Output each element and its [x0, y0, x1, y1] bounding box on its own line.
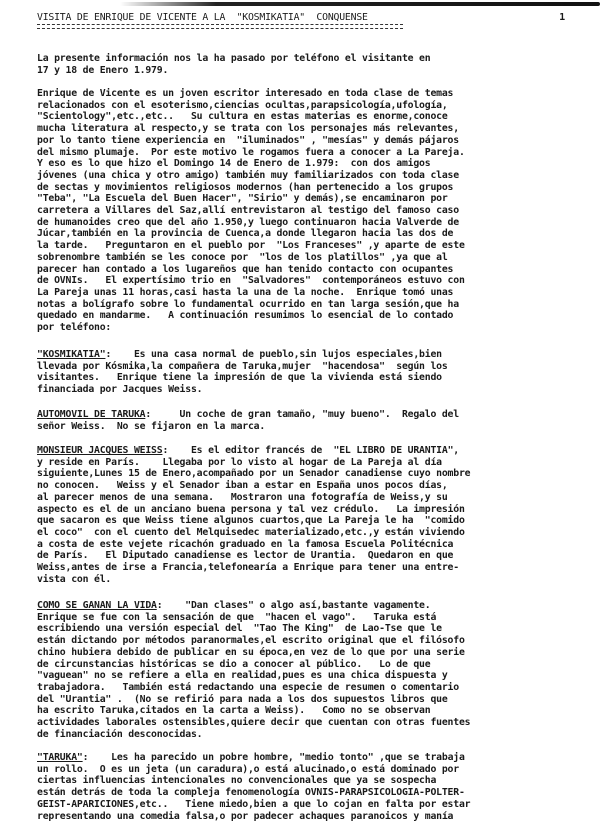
text-line: Júcar,también en la provincia de Cuenca,…: [37, 228, 582, 240]
text-line: por teléfono:: [37, 322, 582, 334]
text-line: Enrique se fue con la sensación de que "…: [37, 612, 582, 624]
section-kosmikatia: "KOSMIKATIA": Es una casa normal de pueb…: [37, 349, 582, 396]
section-first-line: "TARUKA": Les ha parecido un pobre hombr…: [37, 752, 582, 764]
text-line: carretera a Villares del Saz,allí entrev…: [37, 205, 582, 217]
section-heading: AUTOMOVIL DE TARUKA: [37, 409, 145, 420]
section-lead-text: : Les ha parecido un pobre hombre, "medi…: [83, 752, 465, 763]
text-line: parecer han contado a los lugareños que …: [37, 264, 582, 276]
section-lead-text: : Es el editor francés de "EL LIBRO DE U…: [162, 445, 459, 456]
section-monsieur-jacques-weiss: MONSIEUR JACQUES WEISS: Es el editor fra…: [37, 445, 582, 585]
text-line: un rollo. O es un jeta (un caradura),o e…: [37, 764, 582, 776]
section-first-line: MONSIEUR JACQUES WEISS: Es el editor fra…: [37, 445, 582, 457]
text-line: chino hubiera debido de publicar en su é…: [37, 647, 582, 659]
text-line: que sacaron es que Weiss tiene algunos c…: [37, 515, 582, 527]
text-line: están detrás de toda la compleja fenomen…: [37, 787, 582, 799]
text-line: representando una comedia falsa,o por pa…: [37, 811, 582, 823]
text-line: La presente información nos la ha pasado…: [37, 53, 582, 65]
section-taruka: "TARUKA": Les ha parecido un pobre hombr…: [37, 752, 582, 822]
text-line: siguiente,Lunes 15 de Enero,acompañado p…: [37, 468, 582, 480]
intro-paragraph: La presente información nos la ha pasado…: [37, 53, 582, 76]
text-line: de sectas y movimientos religiosos moder…: [37, 182, 582, 194]
text-line: visitantes. Enrique tiene la impresión d…: [37, 372, 582, 384]
title-row: VISITA DE ENRIQUE DE VICENTE A LA "KOSMI…: [37, 12, 585, 32]
text-line: del "Urantia" . (No se refirió para nada…: [37, 694, 582, 706]
text-line: financiada por Jacques Weiss.: [37, 384, 582, 396]
text-line: ha escrito Taruka,citados en la carta a …: [37, 705, 582, 717]
text-line: sobrenombre también se les conoce por "l…: [37, 252, 582, 264]
text-line: mucha literatura al respecto,y se trata …: [37, 123, 582, 135]
text-line: del mismo plumaje. Por este motivo le ro…: [37, 147, 582, 159]
section-como-se-ganan-la-vida: COMO SE GANAN LA VIDA: "Dan clases" o al…: [37, 600, 582, 740]
section-automovil-de-taruka: AUTOMOVIL DE TARUKA: Un coche de gran ta…: [37, 409, 582, 432]
text-line: ciertas influencias intencionales no con…: [37, 775, 582, 787]
title-double-underline: [37, 24, 403, 29]
section-heading: MONSIEUR JACQUES WEISS: [37, 445, 162, 456]
text-line: de financiación desconocidas.: [37, 729, 582, 741]
text-line: Enrique de Vicente es un joven escritor …: [37, 88, 582, 100]
text-line: a costa de este vejete ricachón graduado…: [37, 539, 582, 551]
text-line: "vaguean" no se refiere a ella en realid…: [37, 670, 582, 682]
section-first-line: AUTOMOVIL DE TARUKA: Un coche de gran ta…: [37, 409, 582, 421]
text-line: al parecer menos de una semana. Mostraro…: [37, 492, 582, 504]
text-line: llevada por Kósmika,la compañera de Taru…: [37, 361, 582, 373]
text-line: y reside en París. Llegaba por lo visto …: [37, 457, 582, 469]
text-line: escribiendo una versión especial del "Ta…: [37, 623, 582, 635]
text-line: no conocen. Weiss y el Senador iban a es…: [37, 480, 582, 492]
text-line: de París. El Diputado canadiense es lect…: [37, 550, 582, 562]
text-line: de OVNIs. El expertísimo trio en "Salvad…: [37, 275, 582, 287]
section-lead-text: : Un coche de gran tamaño, "muy bueno". …: [145, 409, 459, 420]
text-line: 17 y 18 de Enero 1.979.: [37, 65, 582, 77]
text-line: "Teba", "La Escuela del Buen Hacer", "Si…: [37, 193, 582, 205]
text-line: aspecto es el de un anciano buena person…: [37, 504, 582, 516]
text-line: actividades laborales ostensibles,quiere…: [37, 717, 582, 729]
text-line: por lo tanto tiene experiencia en "ilumi…: [37, 135, 582, 147]
scan-edge-mark: [120, 2, 600, 6]
section-lead-text: : "Dan clases" o algo así,bastante vagam…: [157, 600, 431, 611]
section-lead-text: : Es una casa normal de pueblo,sin lujos…: [105, 349, 441, 360]
text-line: de humanoides creo que del año 1.950,y l…: [37, 217, 582, 229]
body-paragraph: Enrique de Vicente es un joven escritor …: [37, 88, 582, 334]
section-heading: "TARUKA": [37, 752, 83, 763]
text-line: notas a bolígrafo sobre lo fundamental o…: [37, 299, 582, 311]
section-first-line: "KOSMIKATIA": Es una casa normal de pueb…: [37, 349, 582, 361]
text-line: el coco" con el cuento del Melquisedec m…: [37, 527, 582, 539]
text-line: GEIST-APARICIONES,etc.. Tiene miedo,bien…: [37, 799, 582, 811]
section-heading: "KOSMIKATIA": [37, 349, 105, 360]
text-line: La Pareja unas 11 horas,casi hasta la un…: [37, 287, 582, 299]
text-line: "Scientology",etc.,etc.. Su cultura en e…: [37, 111, 582, 123]
text-line: Y eso es lo que hizo el Domingo 14 de En…: [37, 158, 582, 170]
section-first-line: COMO SE GANAN LA VIDA: "Dan clases" o al…: [37, 600, 582, 612]
text-line: quedado en mandarme. A continuación resu…: [37, 310, 582, 322]
section-heading: COMO SE GANAN LA VIDA: [37, 600, 157, 611]
text-line: están dictando por métodos paranormales,…: [37, 635, 582, 647]
text-line: trabajadora. También está redactando una…: [37, 682, 582, 694]
text-line: jóvenes (una chica y otro amigo) también…: [37, 170, 582, 182]
text-line: Weiss,antes de irse a Francia,telefonear…: [37, 562, 582, 574]
document-title: VISITA DE ENRIQUE DE VICENTE A LA "KOSMI…: [37, 12, 368, 24]
text-line: señor Weiss. No se fijaron en la marca.: [37, 421, 582, 433]
text-line: de circunstancias históricas se dio a co…: [37, 659, 582, 671]
page-number: 1: [559, 12, 565, 24]
text-line: relacionados con el esoterismo,ciencias …: [37, 100, 582, 112]
text-line: vista con él.: [37, 574, 582, 586]
text-line: la tarde. Preguntaron en el pueblo por "…: [37, 240, 582, 252]
